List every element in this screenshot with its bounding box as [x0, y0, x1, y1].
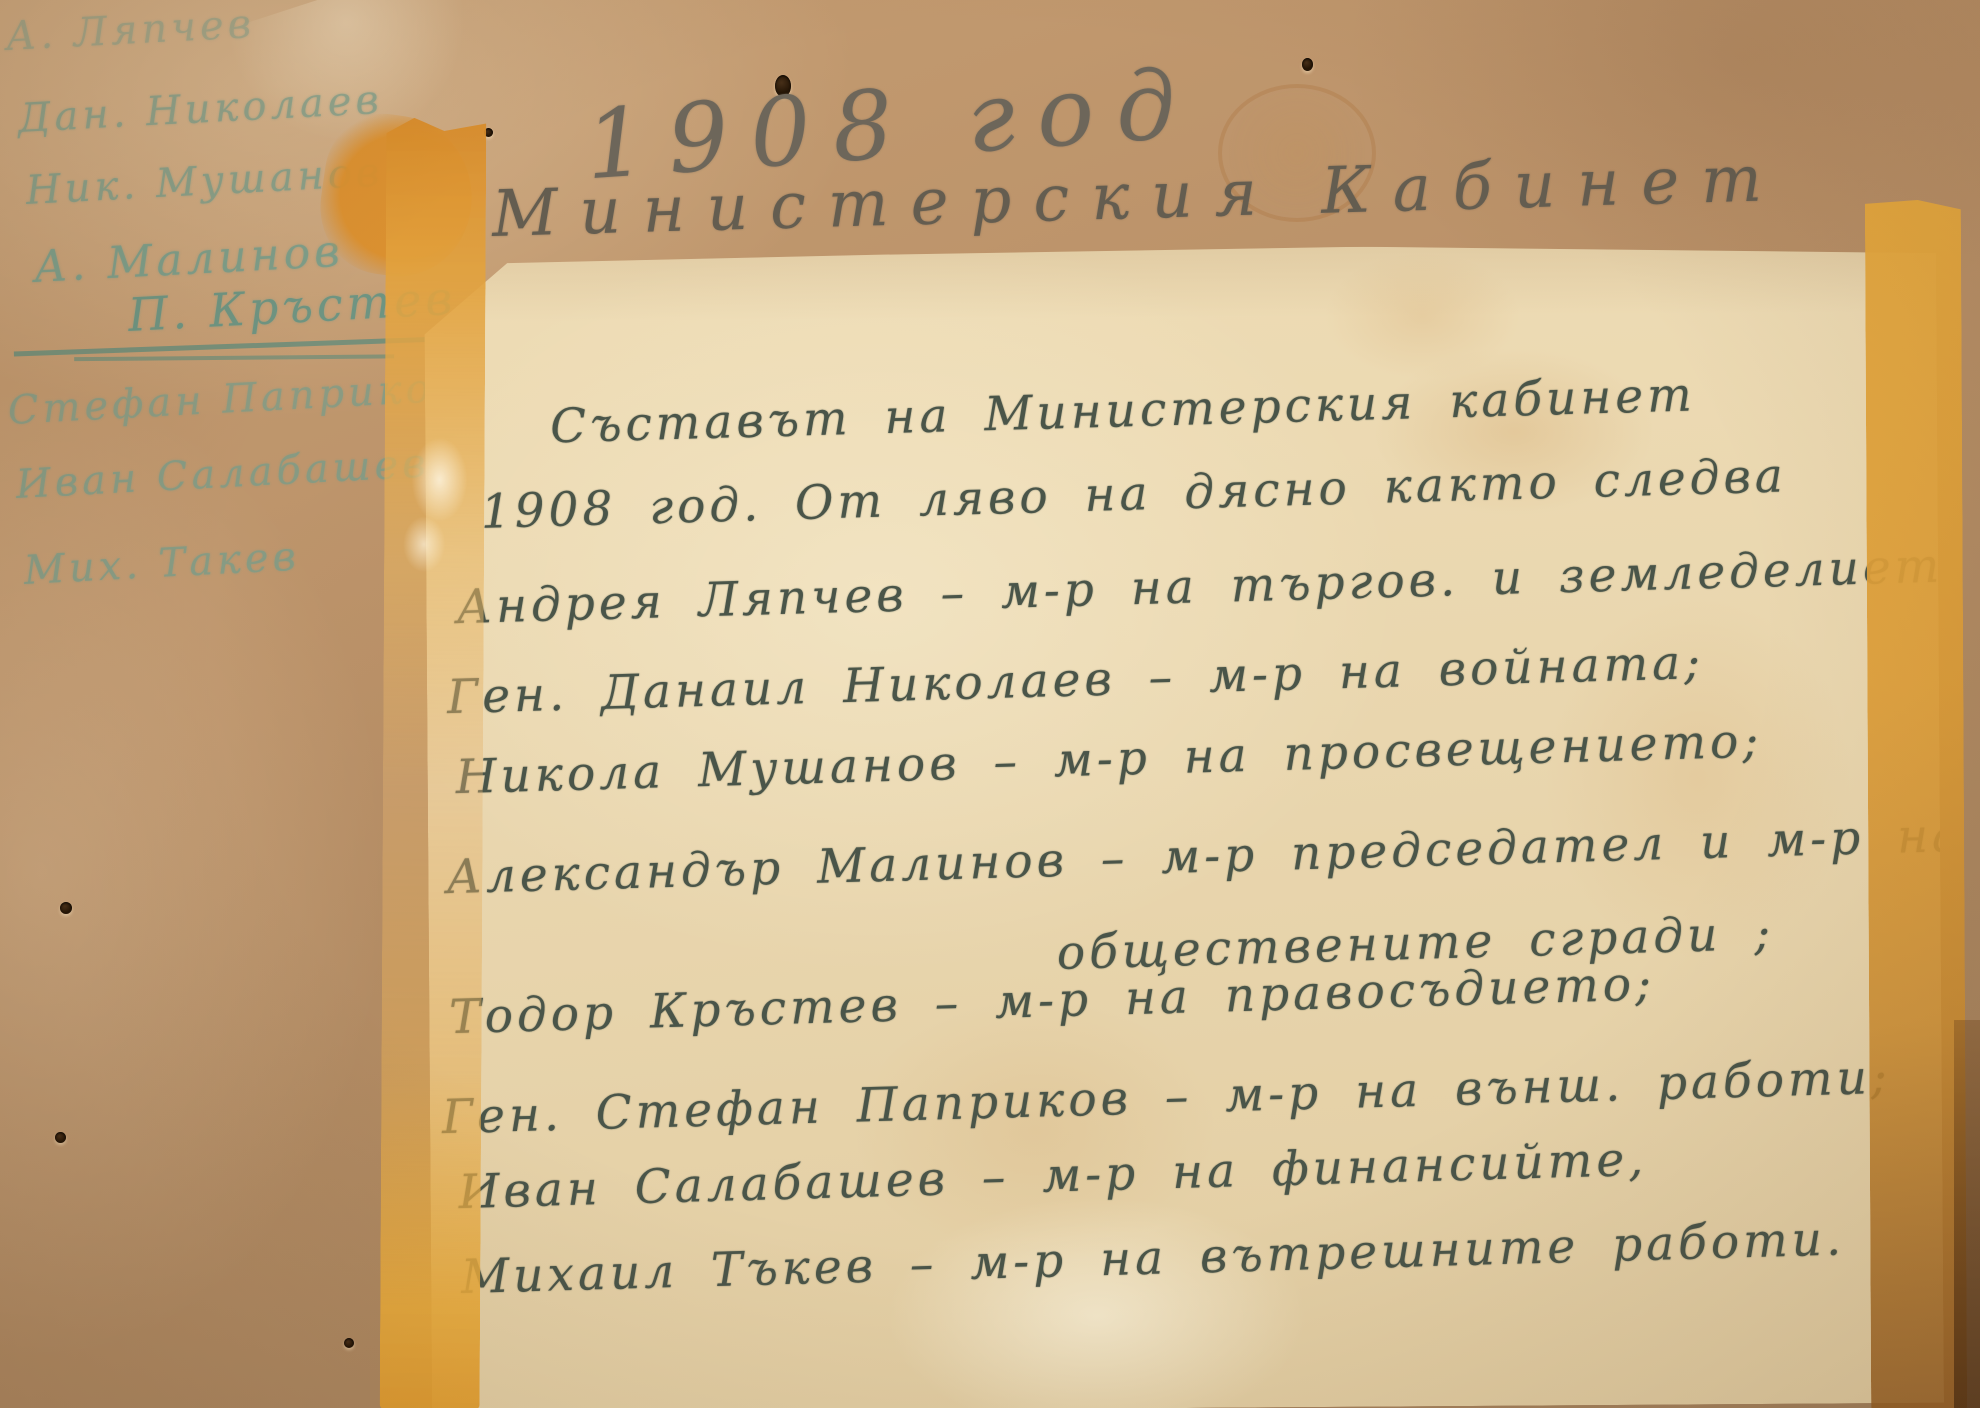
note-text-block: Съставът на Министерския кабинет 1908 го…	[424, 243, 1944, 1408]
note-line: Ген. Стефан Паприков – м-р на външ. рабо…	[441, 1050, 1891, 1145]
note-line: Съставът на Министерския кабинет	[549, 367, 1696, 454]
note-line: Тодор Кръстев – м-р на правосъдието;	[449, 956, 1656, 1045]
punch-hole	[55, 1132, 66, 1143]
margin-name: А. Ляпчев	[5, 1, 256, 60]
punch-hole	[344, 1338, 354, 1348]
pasted-note-sheet: Съставът на Министерския кабинет 1908 го…	[424, 243, 1944, 1408]
punch-hole	[60, 902, 72, 914]
tape-strip-left	[380, 118, 487, 1408]
note-line: Никола Мушанов – м-р на просвещението;	[455, 714, 1763, 805]
punch-hole	[1302, 58, 1313, 71]
archival-photo-back: 1908 год Министерския Кабинет А. Ляпчев …	[0, 0, 1980, 1408]
note-line: Андрея Ляпчев – м-р на търгов. и земледе…	[456, 537, 1980, 635]
margin-name: Мих. Такев	[23, 534, 301, 594]
note-line: Ген. Данаил Николаев – м-р на войната;	[446, 635, 1704, 725]
note-line: Александър Малинов – м-р председател и м…	[446, 807, 1980, 905]
photo-right-edge-shadow	[1954, 1020, 1980, 1408]
strikethrough-scribble	[14, 337, 442, 370]
note-line: 1908 год. От ляво на дясно както следва	[480, 448, 1788, 539]
note-line: Иван Салабашев – м-р на финансийте,	[458, 1132, 1648, 1220]
margin-name: Иван Салабашев	[15, 440, 431, 508]
note-line: Михаил Тъкев – м-р на вътрешните работи.	[460, 1211, 1845, 1305]
tape-strip-right	[1865, 200, 1967, 1408]
